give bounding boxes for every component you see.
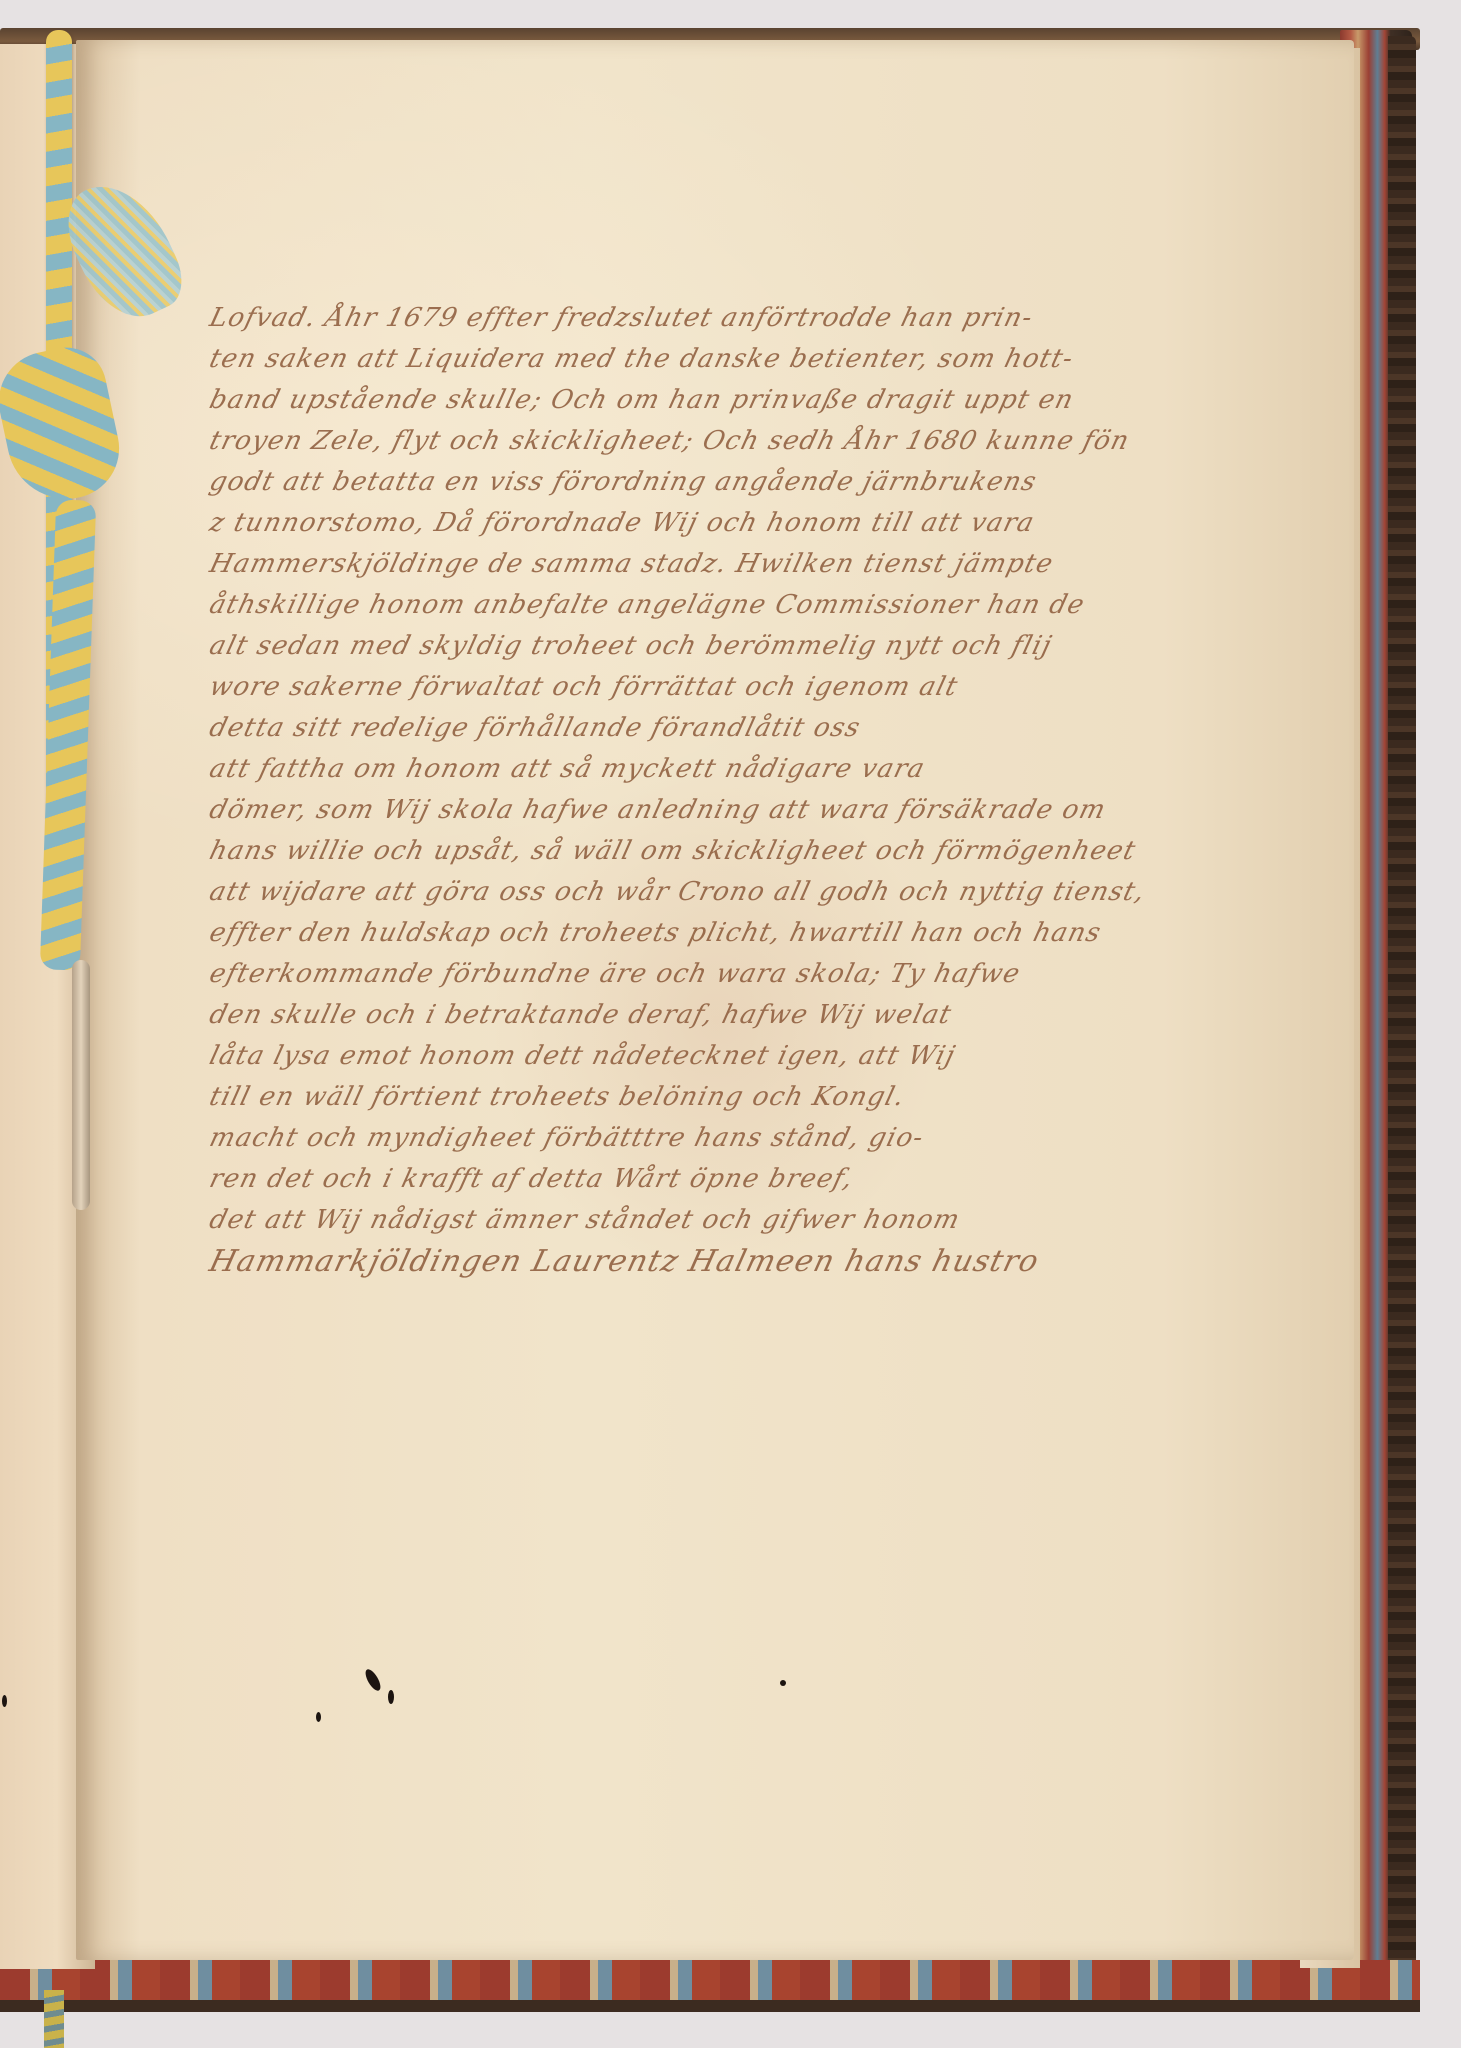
ink-blot [780,1680,786,1686]
ink-blot [2,1695,7,1707]
manuscript-line: dömer, som Wij skola hafwe anledning att… [205,790,1175,831]
manuscript-line: z tunnorstomo, Då förordnade Wij och hon… [205,503,1175,544]
binding-strap [72,960,90,1210]
manuscript-line: troyen Zele, flyt och skickligheet; Och … [205,421,1175,462]
manuscript-line: Lofvad. Åhr 1679 effter fredzslutet anfö… [205,298,1175,339]
manuscript-line: den skulle och i betraktande deraf, hafw… [205,995,1175,1036]
marbled-cover-bottom-edge [0,1960,1420,2012]
scanned-book-page: Lofvad. Åhr 1679 effter fredzslutet anfö… [0,0,1461,2048]
manuscript-line: alt sedan med skyldig troheet och berömm… [205,626,1175,667]
manuscript-line: åthskillige honom anbefalte angelägne Co… [205,585,1175,626]
manuscript-line: efterkommande förbundne äre och wara sko… [205,954,1175,995]
manuscript-line: att fattha om honom att så myckett nådig… [205,749,1175,790]
manuscript-line: wore sakerne förwaltat och förrättat och… [205,667,1175,708]
leather-cover-right-edge [1388,36,1416,1986]
manuscript-line: effter den huldskap och troheets plicht,… [205,913,1175,954]
manuscript-line: band upstående skulle; Och om han prinva… [205,380,1175,421]
manuscript-line: till en wäll förtient troheets belöning … [205,1077,1175,1118]
manuscript-line: Hammerskjöldinge de samma stadz. Hwilken… [205,544,1175,585]
ink-blot [316,1712,321,1722]
manuscript-line: hans willie och upsåt, så wäll om skickl… [205,831,1175,872]
manuscript-line: det att Wij nådigst ämner ståndet och gi… [205,1200,1175,1241]
manuscript-line: macht och myndigheet förbätttre hans stå… [205,1118,1175,1159]
bookmark-cord-end [44,1990,64,2048]
manuscript-line: låta lysa emot honom dett nådetecknet ig… [205,1036,1175,1077]
manuscript-text-block: Lofvad. Åhr 1679 effter fredzslutet anfö… [210,298,1170,1282]
manuscript-line: ren det och i krafft af detta Wårt öpne … [205,1159,1175,1200]
manuscript-line: godt att betatta en viss förordning angå… [205,462,1175,503]
ink-blot [388,1690,394,1704]
manuscript-line: att wijdare att göra oss och wår Crono a… [205,872,1175,913]
manuscript-line: ten saken att Liquidera med the danske b… [205,339,1175,380]
manuscript-line: detta sitt redelige förhållande förandlå… [205,708,1175,749]
manuscript-signature-line: Hammarkjöldingen Laurentz Halmeen hans h… [205,1241,1175,1282]
